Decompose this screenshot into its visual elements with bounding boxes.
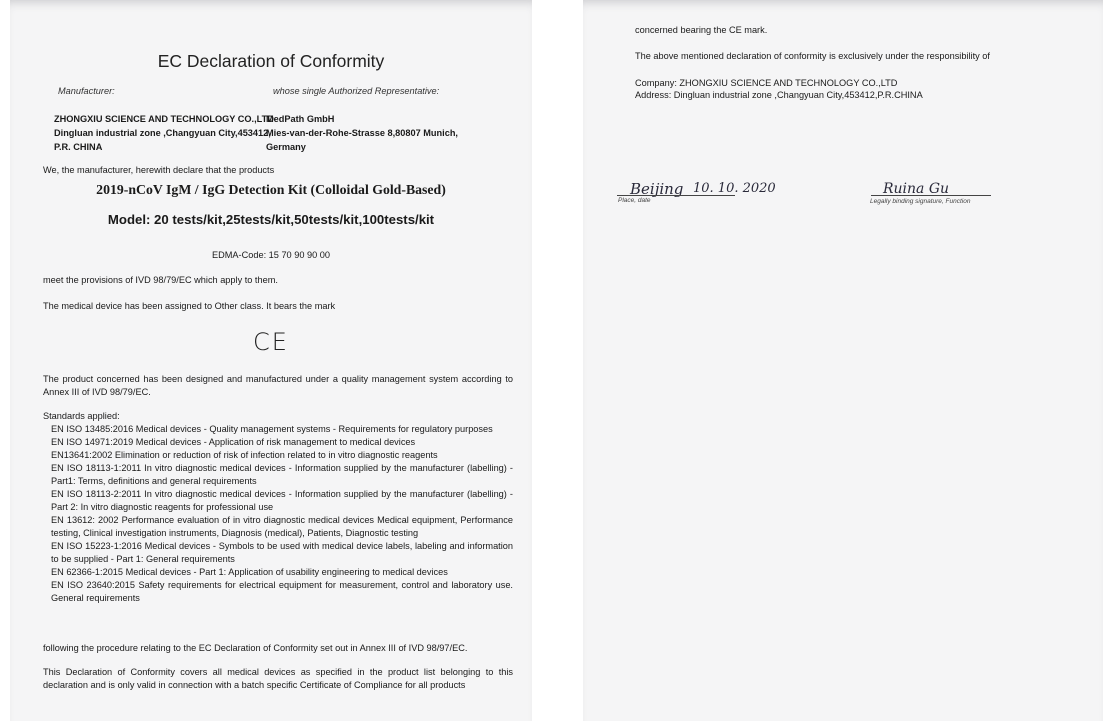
signature-label: Legally binding signature, Function [870, 198, 970, 205]
representative-address-2: Germany [266, 140, 458, 154]
representative-block: MedPath GmbH Mies-van-der-Rohe-Strasse 8… [266, 112, 458, 154]
standard-item: EN ISO 18113-2:2011 In vitro diagnostic … [43, 488, 513, 514]
manufacturer-label: Manufacturer: [58, 86, 115, 96]
place-date-label: Place, date [618, 197, 651, 204]
standard-item: EN ISO 18113-1:2011 In vitro diagnostic … [43, 462, 513, 488]
product-name: 2019-nCoV IgM / IgG Detection Kit (Collo… [10, 182, 532, 198]
standards-list: EN ISO 13485:2016 Medical devices - Qual… [43, 423, 513, 605]
date-handwriting: 10. 10. 2020 [693, 181, 776, 196]
ce-mark-icon: CE [10, 328, 532, 356]
representative-name: MedPath GmbH [266, 112, 458, 126]
edma-code: EDMA-Code: 15 70 90 90 00 [10, 249, 532, 262]
manufacturer-address-1: Dingluan industrial zone ,Changyuan City… [54, 126, 274, 140]
address-text: Address: Dingluan industrial zone ,Chang… [635, 89, 923, 102]
quality-statement: The product concerned has been designed … [43, 373, 513, 399]
standard-item: EN ISO 13485:2016 Medical devices - Qual… [43, 423, 513, 436]
procedure-text: following the procedure relating to the … [43, 642, 467, 655]
standard-item: EN ISO 15223-1:2016 Medical devices - Sy… [43, 540, 513, 566]
standard-item: EN ISO 14971:2019 Medical devices - Appl… [43, 436, 513, 449]
signature-line [871, 195, 991, 196]
representative-label: whose single Authorized Representative: [273, 86, 439, 96]
document-title: EC Declaration of Conformity [10, 51, 532, 72]
manufacturer-name: ZHONGXIU SCIENCE AND TECHNOLOGY CO.,LTD [54, 112, 274, 126]
standards-heading: Standards applied: [43, 410, 120, 423]
declaration-page-2: concerned bearing the CE mark. The above… [583, 0, 1103, 721]
provisions-text: meet the provisions of IVD 98/79/EC whic… [43, 274, 278, 287]
declare-intro: We, the manufacturer, herewith declare t… [43, 164, 274, 177]
coverage-text: This Declaration of Conformity covers al… [43, 666, 513, 692]
standard-item: EN13641:2002 Elimination or reduction of… [43, 449, 513, 462]
manufacturer-block: ZHONGXIU SCIENCE AND TECHNOLOGY CO.,LTD … [54, 112, 274, 154]
responsibility-text: The above mentioned declaration of confo… [635, 50, 990, 63]
manufacturer-address-2: P.R. CHINA [54, 140, 274, 154]
place-date-line [617, 195, 735, 196]
declaration-page-1: EC Declaration of Conformity Manufacture… [10, 0, 532, 721]
class-statement: The medical device has been assigned to … [43, 300, 335, 313]
representative-address-1: Mies-van-der-Rohe-Strasse 8,80807 Munich… [266, 126, 458, 140]
standard-item: EN 13612: 2002 Performance evaluation of… [43, 514, 513, 540]
product-model: Model: 20 tests/kit,25tests/kit,50tests/… [10, 212, 532, 227]
continuation-text: concerned bearing the CE mark. [635, 24, 767, 37]
standard-item: EN ISO 23640:2015 Safety requirements fo… [43, 579, 513, 605]
standard-item: EN 62366-1:2015 Medical devices - Part 1… [43, 566, 513, 579]
